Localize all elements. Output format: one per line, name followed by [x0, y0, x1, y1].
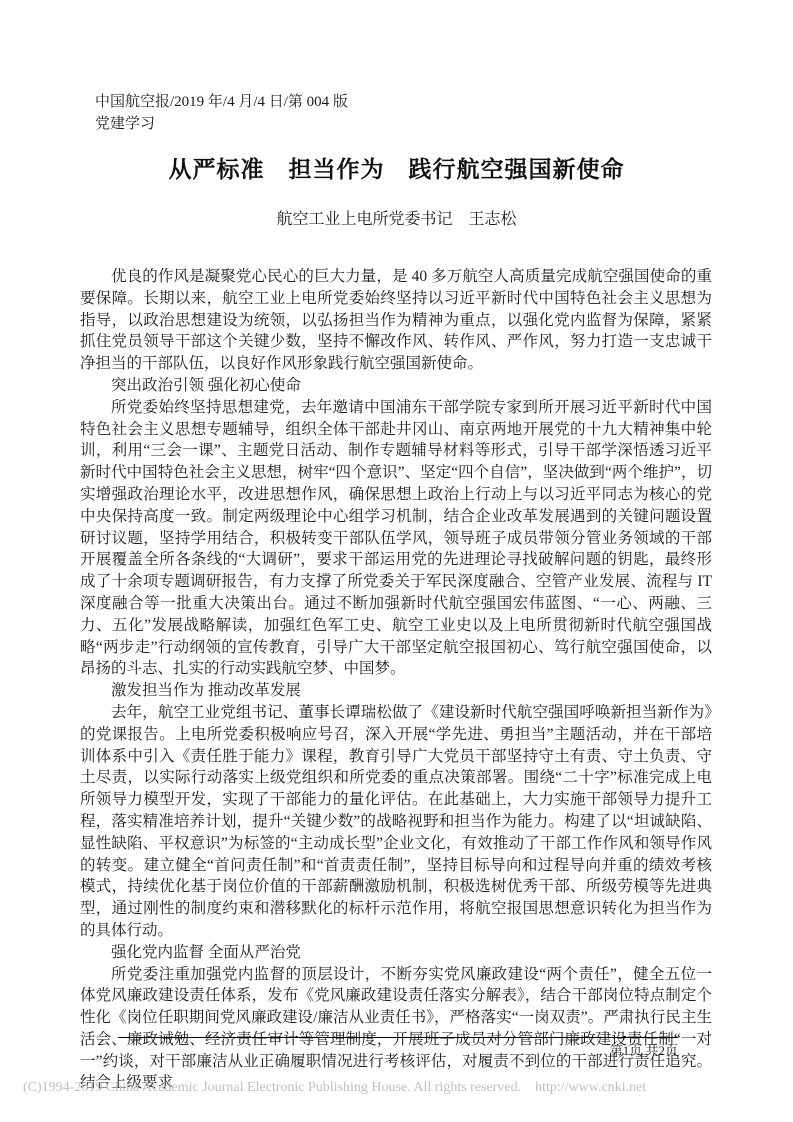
article-byline: 航空工业上电所党委书记 王志松	[40, 209, 753, 231]
section-subhead: 激发担当作为 推动改革发展	[80, 680, 712, 702]
paragraph: 优良的作风是凝聚党心民心的巨大力量，是 40 多万航空人高质量完成航空强国使命的…	[80, 266, 712, 375]
paragraph: 所党委注重加强党内监督的顶层设计，不断夯实党风廉政建设“两个责任”，健全五位一体…	[80, 964, 712, 1095]
document-header: 中国航空报/2019 年/4 月/4 日/第 004 版 党建学习	[95, 91, 715, 135]
section-label: 党建学习	[95, 113, 715, 135]
paragraph: 去年，航空工业党组书记、董事长谭瑞松做了《建设新时代航空强国呼唤新担当新作为》的…	[80, 702, 712, 942]
section-subhead: 突出政治引领 强化初心使命	[80, 375, 712, 397]
article-title: 从严标准 担当作为 践行航空强国新使命	[40, 155, 753, 185]
article-body: 优良的作风是凝聚党心民心的巨大力量，是 40 多万航空人高质量完成航空强国使命的…	[80, 266, 712, 1094]
paragraph: 所党委始终坚持思想建党，去年邀请中国浦东干部学院专家到所开展习近平新时代中国特色…	[80, 397, 712, 680]
section-subhead: 强化党内监督 全面从严治党	[80, 942, 712, 964]
document-page: 中国航空报/2019 年/4 月/4 日/第 004 版 党建学习 从严标准 担…	[0, 0, 793, 1122]
page-indicator: 第1页 共2页	[118, 1042, 678, 1060]
source-line: 中国航空报/2019 年/4 月/4 日/第 004 版	[95, 91, 715, 113]
footer-divider	[118, 1037, 678, 1038]
copyright-notice: (C)1994-2019 China Academic Journal Elec…	[23, 1079, 763, 1097]
